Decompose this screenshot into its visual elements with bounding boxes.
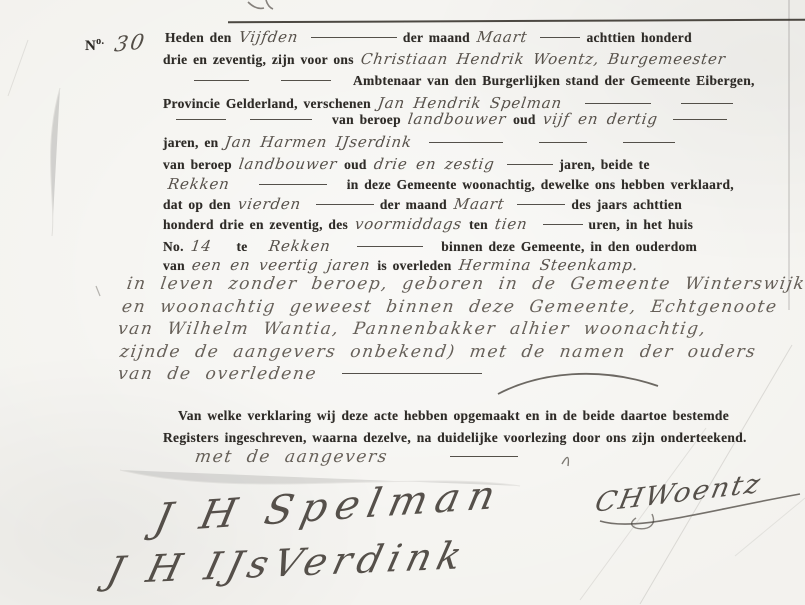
document-line-12: vaneen en veertig jarenis overledenHermi… (163, 256, 645, 275)
handwritten-entry: Christiaan Hendrik Woentz, Burgemeester (360, 50, 727, 68)
document-line-10: honderd drie en zeventig, desvoormiddags… (163, 215, 700, 234)
act-number-label: No. (85, 38, 104, 54)
printed-text: oud (344, 157, 367, 172)
document-line-16: zijnde de aangevers onbekend) met de nam… (120, 343, 763, 362)
printed-text: jaren, en (163, 135, 218, 150)
printed-text: binnen deze Gemeente, in den ouderdom (441, 239, 697, 254)
document-line-2: drie en zeventig, zijn voor onsChristiaa… (163, 50, 733, 69)
printed-text: achttien honderd (586, 30, 691, 45)
printed-text: Provincie Gelderland, verschenen (163, 96, 371, 111)
printed-text: dat op den (163, 197, 231, 212)
printed-text: Ambtenaar van den Burgerlijken stand der… (353, 73, 755, 88)
handwritten-entry: vijf en dertig (541, 110, 658, 128)
document-line-15: van Wilhelm Wantia, Pannenbakker alhier … (118, 320, 714, 339)
printed-text: oud (513, 112, 536, 127)
fill-in-dash (176, 119, 226, 120)
handwritten-entry: landbouwer (238, 155, 339, 173)
fill-in-dash (543, 224, 583, 225)
act-number: No. 30 (85, 31, 153, 55)
document-line-5: van beroeplandbouweroudvijf en dertig (170, 110, 733, 129)
document-line-1: Heden denVijfdender maandMaartachttien h… (165, 28, 699, 47)
printed-text: der maand (403, 30, 470, 45)
fill-in-dash (585, 103, 651, 104)
document-line-14: en woonachtig geweest binnen deze Gemeen… (122, 298, 785, 317)
handwritten-entry: van Wilhelm Wantia, Pannenbakker alhier … (117, 320, 708, 338)
handwritten-entry: met de aangevers (194, 448, 390, 466)
fill-in-dash (539, 142, 587, 143)
document-line-17: van de overledene (118, 365, 488, 384)
handwritten-entry: Maart (453, 195, 506, 213)
fill-in-dash (259, 184, 327, 185)
document-line-3: Ambtenaar van den Burgerlijken stand der… (188, 72, 762, 90)
handwritten-entry: landbouwer (407, 110, 508, 128)
document-line-19: Registers ingeschreven, waarna dezelve, … (163, 429, 754, 447)
printed-text: van beroep (332, 112, 401, 127)
handwritten-entry: zijnde de aangevers onbekend) met de nam… (119, 343, 758, 361)
handwritten-entry: Rekken (167, 175, 231, 193)
fill-in-dash (311, 37, 397, 38)
document-line-9: dat op denvierdender maandMaartdes jaars… (163, 195, 689, 214)
fill-in-dash (673, 119, 727, 120)
printed-text: uren, in het huis (589, 217, 694, 232)
fill-in-dash (342, 373, 482, 374)
handwritten-entry: voormiddags (354, 215, 464, 233)
fill-in-dash (281, 80, 331, 81)
handwritten-entry: Vijfden (237, 28, 299, 46)
fill-in-dash (357, 246, 423, 247)
printed-text: te (236, 239, 247, 254)
handwritten-entry: Maart (476, 28, 529, 46)
handwritten-entry: 14 (190, 237, 213, 255)
document-line-18: Van welke verklaring wij deze acte hebbe… (178, 407, 736, 425)
document-line-11: No.14teRekkenbinnen deze Gemeente, in de… (163, 237, 704, 256)
printed-text: drie en zeventig, zijn voor ons (163, 52, 354, 67)
printed-text: Registers ingeschreven, waarna dezelve, … (163, 430, 747, 445)
fill-in-dash (517, 204, 565, 205)
fill-in-dash (681, 103, 733, 104)
fill-in-dash (540, 37, 580, 38)
document-line-8: Rekkenin deze Gemeente woonachtig, dewel… (168, 175, 741, 194)
printed-text: Heden den (165, 30, 232, 45)
handwritten-entry: Hermina Steenkamp. (457, 256, 639, 274)
handwritten-entry: Rekken (267, 237, 331, 255)
document-line-13: in leven zonder beroep, geboren in de Ge… (127, 275, 805, 294)
handwritten-entry: tien (494, 215, 529, 233)
printed-text: jaren, beide te (559, 157, 649, 172)
printed-top-rule (228, 19, 805, 24)
printed-text: der maand (380, 197, 447, 212)
declarant2-signature: J H IJsVerdink (103, 533, 473, 592)
printed-text: des jaars achttien (571, 197, 682, 212)
fill-in-dash (194, 80, 249, 81)
document-line-6: jaren, enJan Harmen IJserdink (163, 133, 681, 152)
printed-text: Van welke verklaring wij deze acte hebbe… (178, 408, 729, 423)
handwritten-entry: drie en zestig (372, 155, 495, 173)
handwritten-entry: vierden (237, 195, 303, 213)
printed-text: ten (469, 217, 488, 232)
fill-in-dash (507, 164, 553, 165)
handwritten-entry: Jan Harmen IJserdink (224, 133, 413, 151)
printed-text: is overleden (377, 258, 451, 273)
printed-text: van beroep (163, 157, 232, 172)
handwritten-entry: van de overledene (117, 365, 319, 383)
handwritten-entry: in leven zonder beroep, geboren in de Ge… (126, 275, 805, 293)
printed-text: van (163, 258, 185, 273)
declarant1-signature: J H Spelman (150, 472, 507, 542)
printed-text: No. (163, 239, 184, 254)
fill-in-dash (429, 142, 503, 143)
paper-crease (788, 0, 790, 310)
printed-text: in deze Gemeente woonachtig, dewelke ons… (347, 177, 734, 192)
fill-in-dash (623, 142, 675, 143)
registrar-signature: CHWoentz (592, 468, 764, 518)
document-line-20: met de aangevers (195, 448, 524, 467)
printed-text: honderd drie en zeventig, des (163, 217, 348, 232)
handwritten-entry: en woonachtig geweest binnen deze Gemeen… (121, 298, 779, 316)
fill-in-dash (450, 456, 518, 457)
act-number-value: 30 (113, 29, 148, 56)
death-certificate-scan: No. 30 Heden denVijfdender maandMaartach… (0, 0, 805, 605)
fill-in-dash (316, 204, 374, 205)
handwritten-entry: een en veertig jaren (191, 256, 372, 274)
document-line-7: van beroeplandbouwerouddrie en zestigjar… (163, 155, 657, 174)
fill-in-dash (250, 119, 312, 120)
